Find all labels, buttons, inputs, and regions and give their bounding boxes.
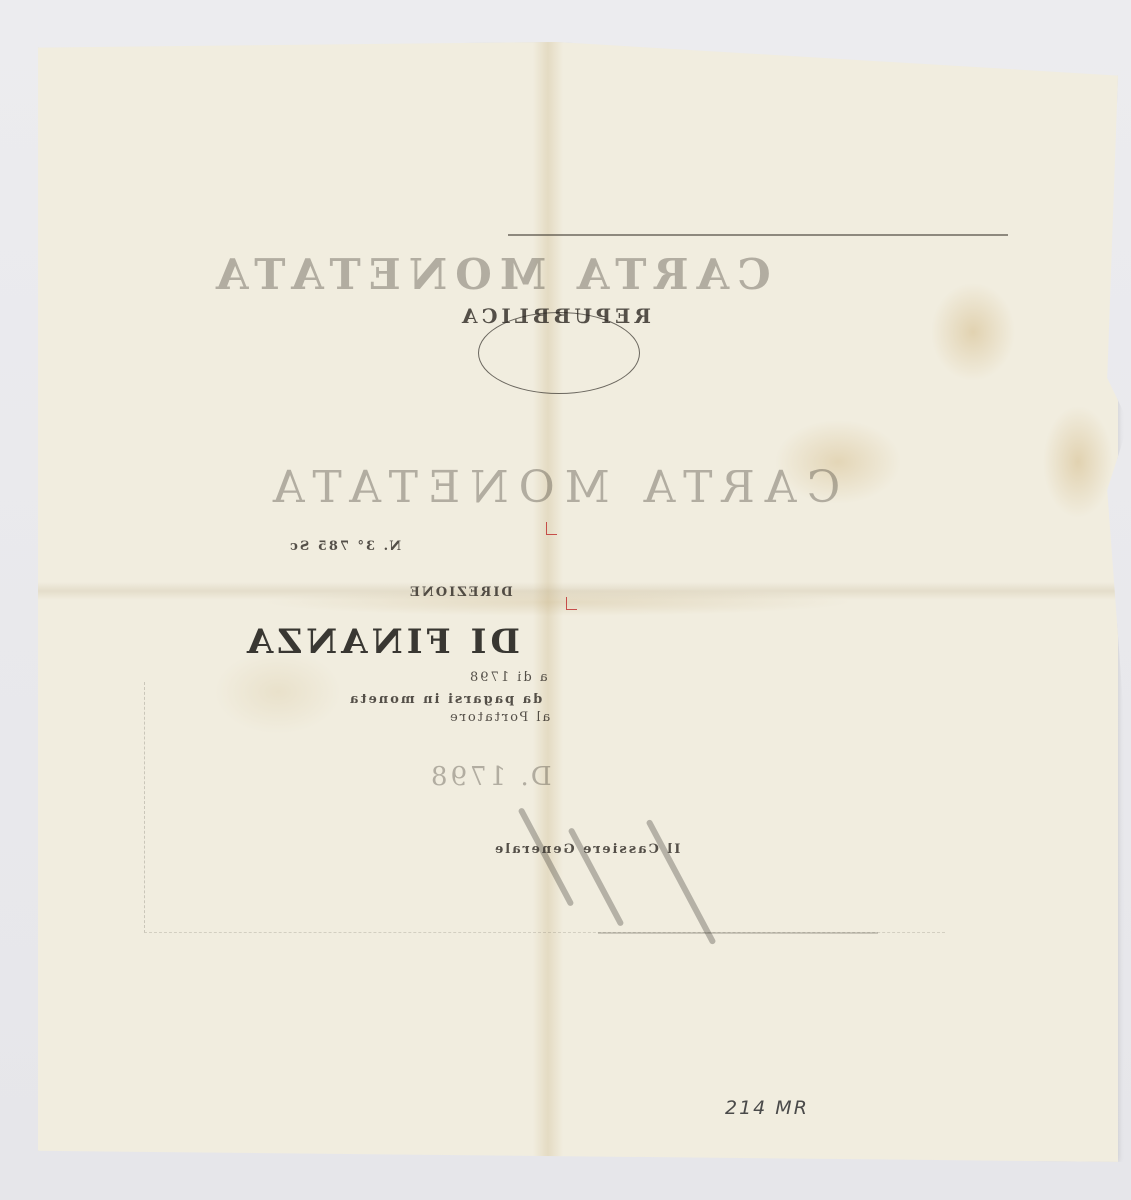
text-line-3: al Portatore xyxy=(448,710,550,725)
header-bleed-text: CARTA MONETATA xyxy=(208,250,771,299)
document-paper: CARTA MONETATA REPUBBLICA CARTA MONETATA… xyxy=(38,42,1118,1162)
finance-heading: DI FINANZA xyxy=(243,622,520,662)
direction-text: DIREZIONE xyxy=(408,585,513,600)
oval-stamp-text: REPUBBLICA xyxy=(458,304,651,328)
red-ink-mark-2 xyxy=(566,597,577,610)
text-line-1: a di 1798 xyxy=(468,670,548,685)
pencil-annotation: 214 MR xyxy=(725,1097,809,1119)
bottom-rule-line xyxy=(598,932,878,934)
text-line-2: da pagarsi in moneta xyxy=(348,692,542,707)
number-line-text: N. 3° 785 Sc xyxy=(288,539,401,554)
title-bleed-text: CARTA MONETATA xyxy=(263,462,840,513)
red-ink-mark xyxy=(546,522,557,535)
horizontal-fold xyxy=(38,582,1118,600)
date-bleed-text: D. 1798 xyxy=(428,762,552,792)
top-rule-line xyxy=(508,234,1008,236)
